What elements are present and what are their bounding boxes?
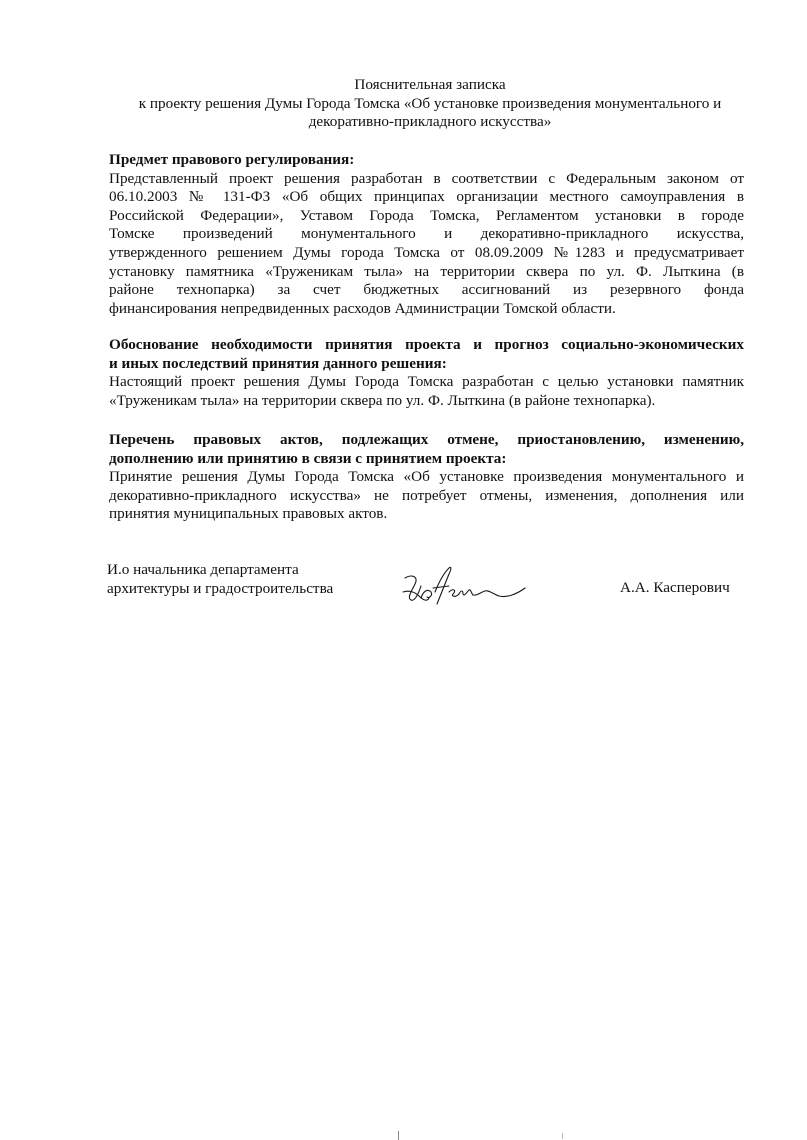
handwritten-signature-icon	[397, 562, 537, 608]
body-line: Настоящий проект решения Думы Города Том…	[109, 373, 744, 392]
heading-line: и иных последствий принятия данного реше…	[109, 355, 744, 374]
section-heading: Перечень правовых актов, подлежащих отме…	[109, 431, 744, 468]
scan-artifact	[562, 1133, 563, 1139]
title-line-1: Пояснительная записка	[100, 76, 760, 95]
section-body: Представленный проект решения разработан…	[109, 170, 744, 319]
body-line: Принятие решения Думы Города Томска «Об …	[109, 468, 744, 487]
heading-line: Предмет правового регулирования:	[109, 151, 744, 170]
body-line: Представленный проект решения разработан…	[109, 170, 744, 189]
section-heading: Обоснование необходимости принятия проек…	[109, 336, 744, 373]
scan-artifact	[398, 1131, 399, 1140]
position-line-1: И.о начальника департамента	[107, 560, 333, 579]
body-line: «Труженикам тыла» на территории сквера п…	[109, 392, 744, 411]
body-line: утвержденного решением Думы города Томск…	[109, 244, 744, 263]
body-line: декоративно-прикладного искусства» не по…	[109, 487, 744, 506]
heading-line: Обоснование необходимости принятия проек…	[109, 336, 744, 355]
signatory-position: И.о начальника департамента архитектуры …	[107, 560, 333, 598]
section-body: Принятие решения Думы Города Томска «Об …	[109, 468, 744, 524]
title-line-3: декоративно-прикладного искусства»	[100, 113, 760, 132]
section-justification: Обоснование необходимости принятия проек…	[109, 336, 744, 410]
body-line: принятия муниципальных правовых актов.	[109, 505, 744, 524]
section-subject-of-regulation: Предмет правового регулирования: Предста…	[109, 151, 744, 318]
section-body: Настоящий проект решения Думы Города Том…	[109, 373, 744, 410]
body-line: Томске произведений монументального и де…	[109, 225, 744, 244]
document-page: Пояснительная записка к проекту решения …	[0, 0, 807, 1140]
title-line-2: к проекту решения Думы Города Томска «Об…	[100, 95, 760, 114]
body-line: районе технопарка) за счет бюджетных асс…	[109, 281, 744, 300]
section-legal-acts-list: Перечень правовых актов, подлежащих отме…	[109, 431, 744, 524]
body-line: финансирования непредвиденных расходов А…	[109, 300, 744, 319]
signature-block: И.о начальника департамента архитектуры …	[107, 560, 747, 610]
heading-line: Перечень правовых актов, подлежащих отме…	[109, 431, 744, 450]
body-line: установку памятника «Труженикам тыла» на…	[109, 263, 744, 282]
position-line-2: архитектуры и градостроительства	[107, 579, 333, 598]
heading-line: дополнению или принятию в связи с принят…	[109, 450, 744, 469]
body-line: Российской Федерации», Уставом Города То…	[109, 207, 744, 226]
document-title: Пояснительная записка к проекту решения …	[100, 76, 760, 132]
section-heading: Предмет правового регулирования:	[109, 151, 744, 170]
body-line: 06.10.2003 № 131-ФЗ «Об общих принципах …	[109, 188, 744, 207]
signatory-name: А.А. Касперович	[620, 579, 730, 598]
